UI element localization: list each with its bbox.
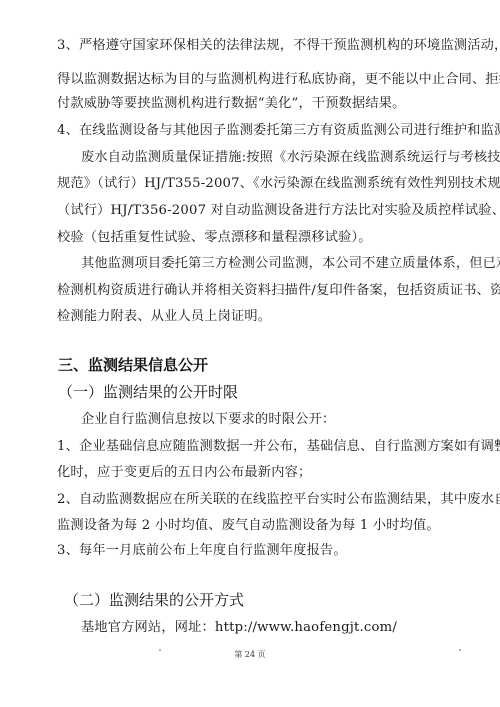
paragraph-line: 付款威胁等要挟监测机构进行数据“美化”，干预数据结果。 bbox=[57, 96, 462, 112]
paragraph-line: 废水自动监测质量保证措施:按照《水污染源在线监测系统运行与考核技术 bbox=[81, 150, 486, 166]
paragraph-line: 检测机构资质进行确认并将相关资料扫描件/复印件备案，包括资质证书、资质 bbox=[57, 283, 462, 299]
paragraph-line: 企业自行监测信息按以下要求的时限公开： bbox=[81, 412, 486, 428]
subsection-heading: （二）监测结果的公开方式 bbox=[64, 591, 244, 609]
subsection-heading: （一）监测结果的公开时限 bbox=[58, 383, 238, 401]
paragraph-line: 1、企业基础信息应随监测数据一并公布，基础信息、自行监测方案如有调整变 bbox=[57, 439, 462, 455]
paragraph-line: 规范》（试行）HJ/T355-2007、《水污染源在线监测系统有效性判别技术规范… bbox=[57, 176, 462, 192]
paragraph-line: 得以监测数据达标为目的与监测机构进行私底协商，更不能以中止合同、拒绝 bbox=[57, 72, 462, 88]
document-page: 3、严格遵守国家环保相关的法律法规，不得干预监测机构的环境监测活动，不 得以监测… bbox=[0, 0, 500, 707]
paragraph-line: 3、严格遵守国家环保相关的法律法规，不得干预监测机构的环境监测活动，不 bbox=[57, 38, 462, 54]
paragraph-line: 校验（包括重复性试验、零点漂移和量程漂移试验）。 bbox=[57, 230, 462, 246]
page-number: 第 24 页 bbox=[0, 649, 500, 660]
website-line: 基地官方网站，网址：http://www.haofengjt.com/ bbox=[81, 620, 486, 636]
paragraph-line: （试行）HJ/T356-2007 对自动监测设备进行方法比对实验及质控样试验、现… bbox=[57, 203, 462, 219]
section-heading: 三、监测结果信息公开 bbox=[58, 356, 208, 374]
paragraph-line: 其他监测项目委托第三方检测公司监测，本公司不建立质量体系，但已对 bbox=[81, 256, 486, 272]
paragraph-line: 检测能力附表、从业人员上岗证明。 bbox=[57, 309, 462, 325]
paragraph-line: 4、在线监测设备与其他因子监测委托第三方有资质监测公司进行维护和监测。 bbox=[57, 123, 462, 139]
paragraph-line: 3、每年一月底前公布上年度自行监测年度报告。 bbox=[57, 543, 462, 559]
paragraph-line: 2、自动监测数据应在所关联的在线监控平台实时公布监测结果，其中废水自动 bbox=[57, 492, 462, 508]
paragraph-line: 化时，应于变更后的五日内公布最新内容； bbox=[57, 465, 462, 481]
paragraph-line: 监测设备为每 2 小时均值、废气自动监测设备为每 1 小时均值。 bbox=[57, 518, 462, 534]
